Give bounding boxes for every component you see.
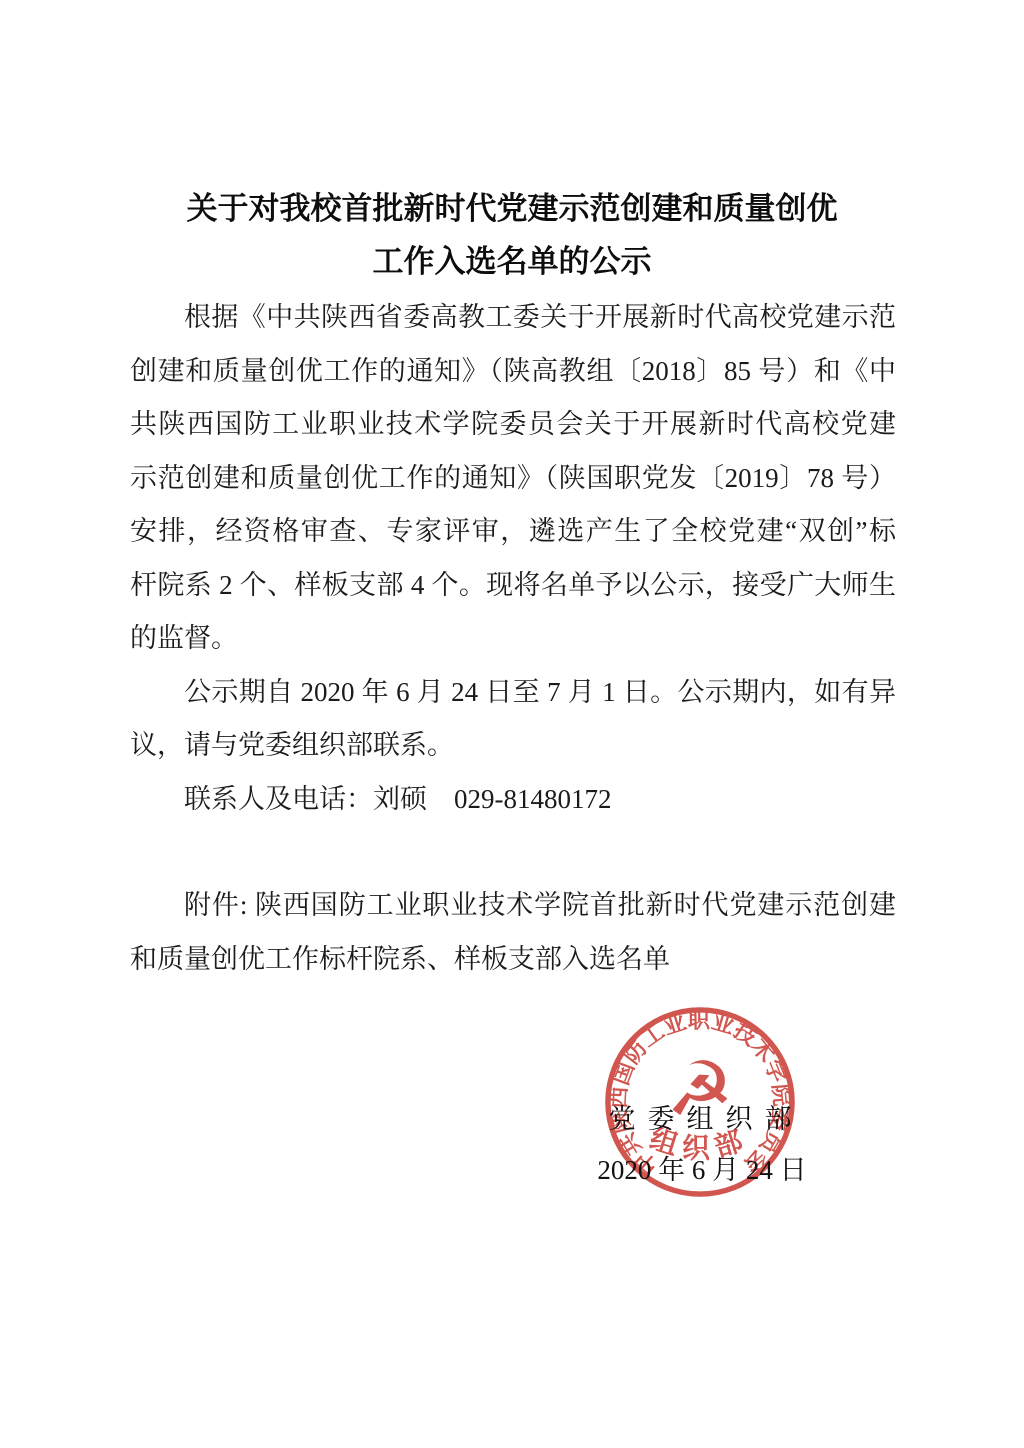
body-line: 公示期自 2020 年 6 月 24 日至 7 月 1 日。公示期内，如有异 bbox=[130, 666, 896, 720]
title-line-2: 工作入选名单的公示 bbox=[0, 235, 1024, 288]
title-line-1: 关于对我校首批新时代党建示范创建和质量创优 bbox=[0, 182, 1024, 235]
document-page: 关于对我校首批新时代党建示范创建和质量创优 工作入选名单的公示 根据《中共陕西省… bbox=[0, 0, 1024, 1448]
body-line: 安排，经资格审查、专家评审，遴选产生了全校党建“双创”标 bbox=[130, 505, 896, 559]
document-body: 根据《中共陕西省委高教工委关于开展新时代高校党建示范 创建和质量创优工作的通知》… bbox=[130, 291, 896, 826]
attachment-section: 附件: 陕西国防工业职业技术学院首批新时代党建示范创建 和质量创优工作标杆院系、… bbox=[130, 879, 896, 986]
date: 2020 年 6 月 24 日 bbox=[597, 1154, 806, 1186]
body-line: 根据《中共陕西省委高教工委关于开展新时代高校党建示范 bbox=[130, 291, 896, 345]
body-line: 杆院系 2 个、样板支部 4 个。现将名单予以公示，接受广大师生 bbox=[130, 559, 896, 613]
document-title: 关于对我校首批新时代党建示范创建和质量创优 工作入选名单的公示 bbox=[0, 182, 1024, 288]
body-line: 的监督。 bbox=[130, 612, 896, 666]
attachment-line: 和质量创优工作标杆院系、样板支部入选名单 bbox=[130, 933, 896, 987]
body-line: 创建和质量创优工作的通知》（陕高教组〔2018〕85 号）和《中 bbox=[130, 345, 896, 399]
signature: 党委组织部 bbox=[609, 1103, 804, 1135]
body-line: 共陕西国防工业职业技术学院委员会关于开展新时代高校党建 bbox=[130, 398, 896, 452]
attachment-line: 附件: 陕西国防工业职业技术学院首批新时代党建示范创建 bbox=[130, 879, 896, 933]
contact-line: 联系人及电话：刘硕 029-81480172 bbox=[130, 773, 896, 827]
body-line: 议，请与党委组织部联系。 bbox=[130, 719, 896, 773]
body-line: 示范创建和质量创优工作的通知》（陕国职党发〔2019〕78 号） bbox=[130, 452, 896, 506]
